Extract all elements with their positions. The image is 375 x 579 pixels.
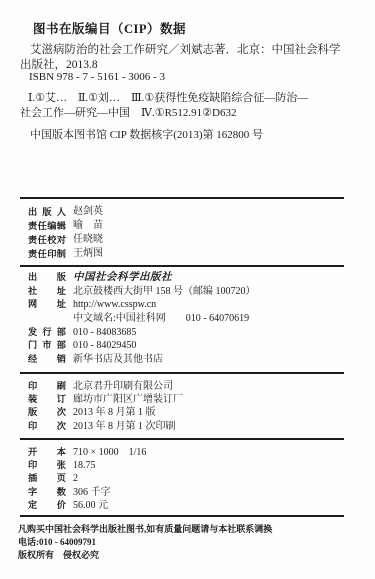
format-row: 字数306 千字 <box>28 486 146 499</box>
format-row: 定价56.00 元 <box>28 499 146 512</box>
field-value: 任晓晓 <box>73 234 103 245</box>
staff-row: 责任印制王炳图 <box>28 247 103 261</box>
publisher-row: 出版中国社会科学出版社 <box>28 271 256 285</box>
field-label: 社址 <box>28 285 66 299</box>
field-value: 2 <box>73 473 78 484</box>
field-label: 责任编辑 <box>28 219 66 233</box>
field-label: 印刷 <box>28 380 66 393</box>
publisher-row: 中文域名:中国社科网 010 - 64070619 <box>28 312 256 326</box>
field-label: 印张 <box>28 459 66 472</box>
isbn-number: ISBN 978 - 7 - 5161 - 3006 - 3 <box>29 71 165 83</box>
field-value: 18.75 <box>73 460 96 471</box>
cip-record-number: 中国版本图书馆 CIP 数据核字(2013)第 162800 号 <box>30 126 263 142</box>
field-label: 门市部 <box>28 339 66 353</box>
field-label: 开本 <box>28 446 66 459</box>
cip-classification-line2: 社会工作—研究—中国 Ⅳ.①R512.91②D632 <box>20 104 237 120</box>
format-row: 印张18.75 <box>28 459 146 472</box>
field-label: 字数 <box>28 486 66 499</box>
printing-row: 版次2013 年 8 月第 1 版 <box>28 406 183 419</box>
field-value: 56.00 元 <box>73 500 108 511</box>
field-value: 710 × 1000 1/16 <box>73 447 146 458</box>
cip-title-line1: 艾滋病防治的社会工作研究／刘斌志著．北京：中国社会科学 <box>30 41 341 57</box>
field-value: 北京君升印刷有限公司 <box>73 381 173 392</box>
field-label: 网址 <box>28 298 66 312</box>
divider <box>20 265 344 267</box>
format-block: 开本710 × 1000 1/16 印张18.75 插页2 字数306 千字 定… <box>28 446 146 512</box>
divider <box>20 197 344 199</box>
divider <box>20 515 344 517</box>
publisher-row: 发行部010 - 84083685 <box>28 326 256 340</box>
field-label: 责任校对 <box>28 233 66 247</box>
book-copyright-page: 图书在版编目（CIP）数据 艾滋病防治的社会工作研究／刘斌志著．北京：中国社会科… <box>0 0 375 579</box>
field-label: 定价 <box>28 499 66 512</box>
staff-row: 出版人赵剑英 <box>28 205 103 219</box>
cip-classification-line1: Ⅰ.①艾… Ⅱ.①刘… Ⅲ.①获得性免疫缺陷综合征—防治— <box>28 89 308 105</box>
field-value: 王炳图 <box>73 248 103 259</box>
field-value: 2013 年 8 月第 1 次印刷 <box>73 421 176 432</box>
field-value: 306 千字 <box>73 487 111 498</box>
divider <box>20 438 344 440</box>
publisher-logo-text: 中国社会科学出版社 <box>73 272 172 283</box>
staff-row: 责任编辑喻 苗 <box>28 219 103 233</box>
format-row: 开本710 × 1000 1/16 <box>28 446 146 459</box>
field-label: 出版 <box>28 271 66 285</box>
field-value: 赵剑英 <box>73 206 103 217</box>
cip-header: 图书在版编目（CIP）数据 <box>33 19 186 37</box>
publisher-block: 出版中国社会科学出版社 社址北京鼓楼西大街甲 158 号（邮编 100720） … <box>28 271 256 367</box>
field-label: 出版人 <box>28 205 66 219</box>
publisher-row: 社址北京鼓楼西大街甲 158 号（邮编 100720） <box>28 285 256 299</box>
staff-block: 出版人赵剑英 责任编辑喻 苗 责任校对任晓晓 责任印制王炳图 <box>28 205 103 261</box>
field-value: 2013 年 8 月第 1 版 <box>73 407 156 418</box>
publisher-row: 经销新华书店及其他书店 <box>28 353 256 367</box>
quality-notice-line: 凡购买中国社会科学出版社图书,如有质量问题请与本社联系调换 <box>18 523 272 536</box>
field-label: 插页 <box>28 472 66 485</box>
field-value: 中文域名:中国社科网 010 - 64070619 <box>73 313 249 324</box>
field-value: 喻 苗 <box>73 220 103 231</box>
field-label: 责任印制 <box>28 247 66 261</box>
copyright-reserved-line: 版权所有 侵权必究 <box>18 549 272 562</box>
purchase-notice-block: 凡购买中国社会科学出版社图书,如有质量问题请与本社联系调换 电话:010 - 6… <box>18 523 272 563</box>
publisher-row: 网址http://www.csspw.cn <box>28 298 256 312</box>
staff-row: 责任校对任晓晓 <box>28 233 103 247</box>
printing-row: 印刷北京君升印刷有限公司 <box>28 380 183 393</box>
website-url: http://www.csspw.cn <box>73 299 156 310</box>
field-value: 北京鼓楼西大街甲 158 号（邮编 100720） <box>73 286 256 297</box>
field-label: 经销 <box>28 353 66 367</box>
printing-row: 印次2013 年 8 月第 1 次印刷 <box>28 420 183 433</box>
field-label: 版次 <box>28 406 66 419</box>
printing-row: 装订廊坊市广阳区广增装订厂 <box>28 393 183 406</box>
cip-title-line2: 出版社，2013.8 <box>20 56 98 72</box>
field-value: 010 - 84029450 <box>73 340 136 351</box>
format-row: 插页2 <box>28 472 146 485</box>
publisher-row: 门市部010 - 84029450 <box>28 339 256 353</box>
field-label: 装订 <box>28 393 66 406</box>
printing-block: 印刷北京君升印刷有限公司 装订廊坊市广阳区广增装订厂 版次2013 年 8 月第… <box>28 380 183 433</box>
field-label: 发行部 <box>28 326 66 340</box>
field-value: 廊坊市广阳区广增装订厂 <box>73 394 183 405</box>
field-value: 010 - 84083685 <box>73 327 136 338</box>
divider <box>20 372 344 374</box>
notice-phone-line: 电话:010 - 64009791 <box>18 536 272 549</box>
field-value: 新华书店及其他书店 <box>73 354 163 365</box>
field-label: 印次 <box>28 420 66 433</box>
